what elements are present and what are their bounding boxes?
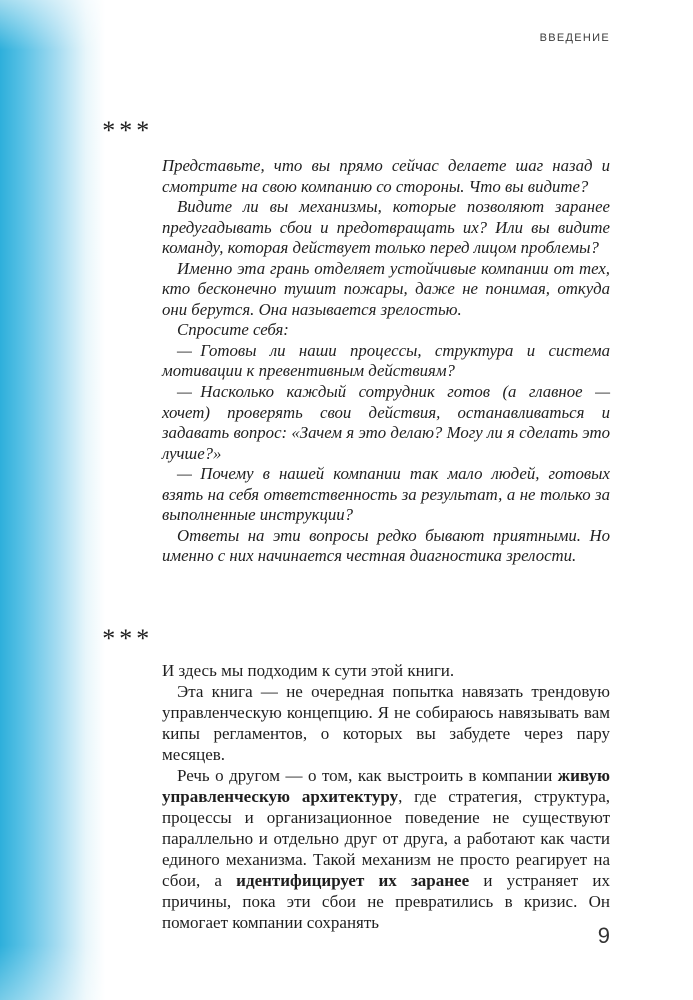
text-run: И здесь мы подходим к сути этой книги. xyxy=(162,661,454,680)
text-run: Эта книга — не очередная попытка навязат… xyxy=(162,682,610,764)
paragraph: Представьте, что вы прямо сейчас делаете… xyxy=(162,156,610,197)
paragraph: И здесь мы подходим к сути этой книги. xyxy=(162,660,610,681)
text-run: Спросите себя: xyxy=(177,320,289,339)
text-run: Именно эта грань отделяет устойчивые ком… xyxy=(162,259,610,319)
paragraph: Видите ли вы механизмы, которые позволяю… xyxy=(162,197,610,259)
text-run: Ответы на эти вопросы редко бывают прият… xyxy=(162,526,610,566)
bold-text-run: идентифицирует их заранее xyxy=(236,871,469,890)
text-run: — Готовы ли наши процессы, структура и с… xyxy=(162,341,610,381)
text-run: Речь о другом — о том, как выстроить в к… xyxy=(177,766,558,785)
paragraph: Ответы на эти вопросы редко бывают прият… xyxy=(162,526,610,567)
section-divider-stars: *** xyxy=(101,118,152,144)
paragraph: — Почему в нашей компании так мало людей… xyxy=(162,464,610,526)
page-edge-gradient xyxy=(0,0,105,1000)
paragraph: Эта книга — не очередная попытка навязат… xyxy=(162,681,610,765)
paragraph: Спросите себя: xyxy=(162,320,610,341)
paragraph: Именно эта грань отделяет устойчивые ком… xyxy=(162,259,610,321)
paragraph: Речь о другом — о том, как выстроить в к… xyxy=(162,765,610,933)
page-number: 9 xyxy=(162,923,610,949)
section-divider-stars: *** xyxy=(101,626,152,652)
text-run: Видите ли вы механизмы, которые позволяю… xyxy=(162,197,610,257)
running-header: ВВЕДЕНИЕ xyxy=(162,32,610,44)
section-italic-intro: Представьте, что вы прямо сейчас делаете… xyxy=(162,156,610,567)
paragraph: — Насколько каждый сотрудник готов (а гл… xyxy=(162,382,610,464)
text-run: Представьте, что вы прямо сейчас делаете… xyxy=(162,156,610,196)
paragraph: — Готовы ли наши процессы, структура и с… xyxy=(162,341,610,382)
text-run: — Почему в нашей компании так мало людей… xyxy=(162,464,610,524)
book-page: ВВЕДЕНИЕ *** Представьте, что вы прямо с… xyxy=(0,0,693,1000)
text-run: — Насколько каждый сотрудник готов (а гл… xyxy=(162,382,610,463)
section-book-essence: И здесь мы подходим к сути этой книги.Эт… xyxy=(162,660,610,933)
